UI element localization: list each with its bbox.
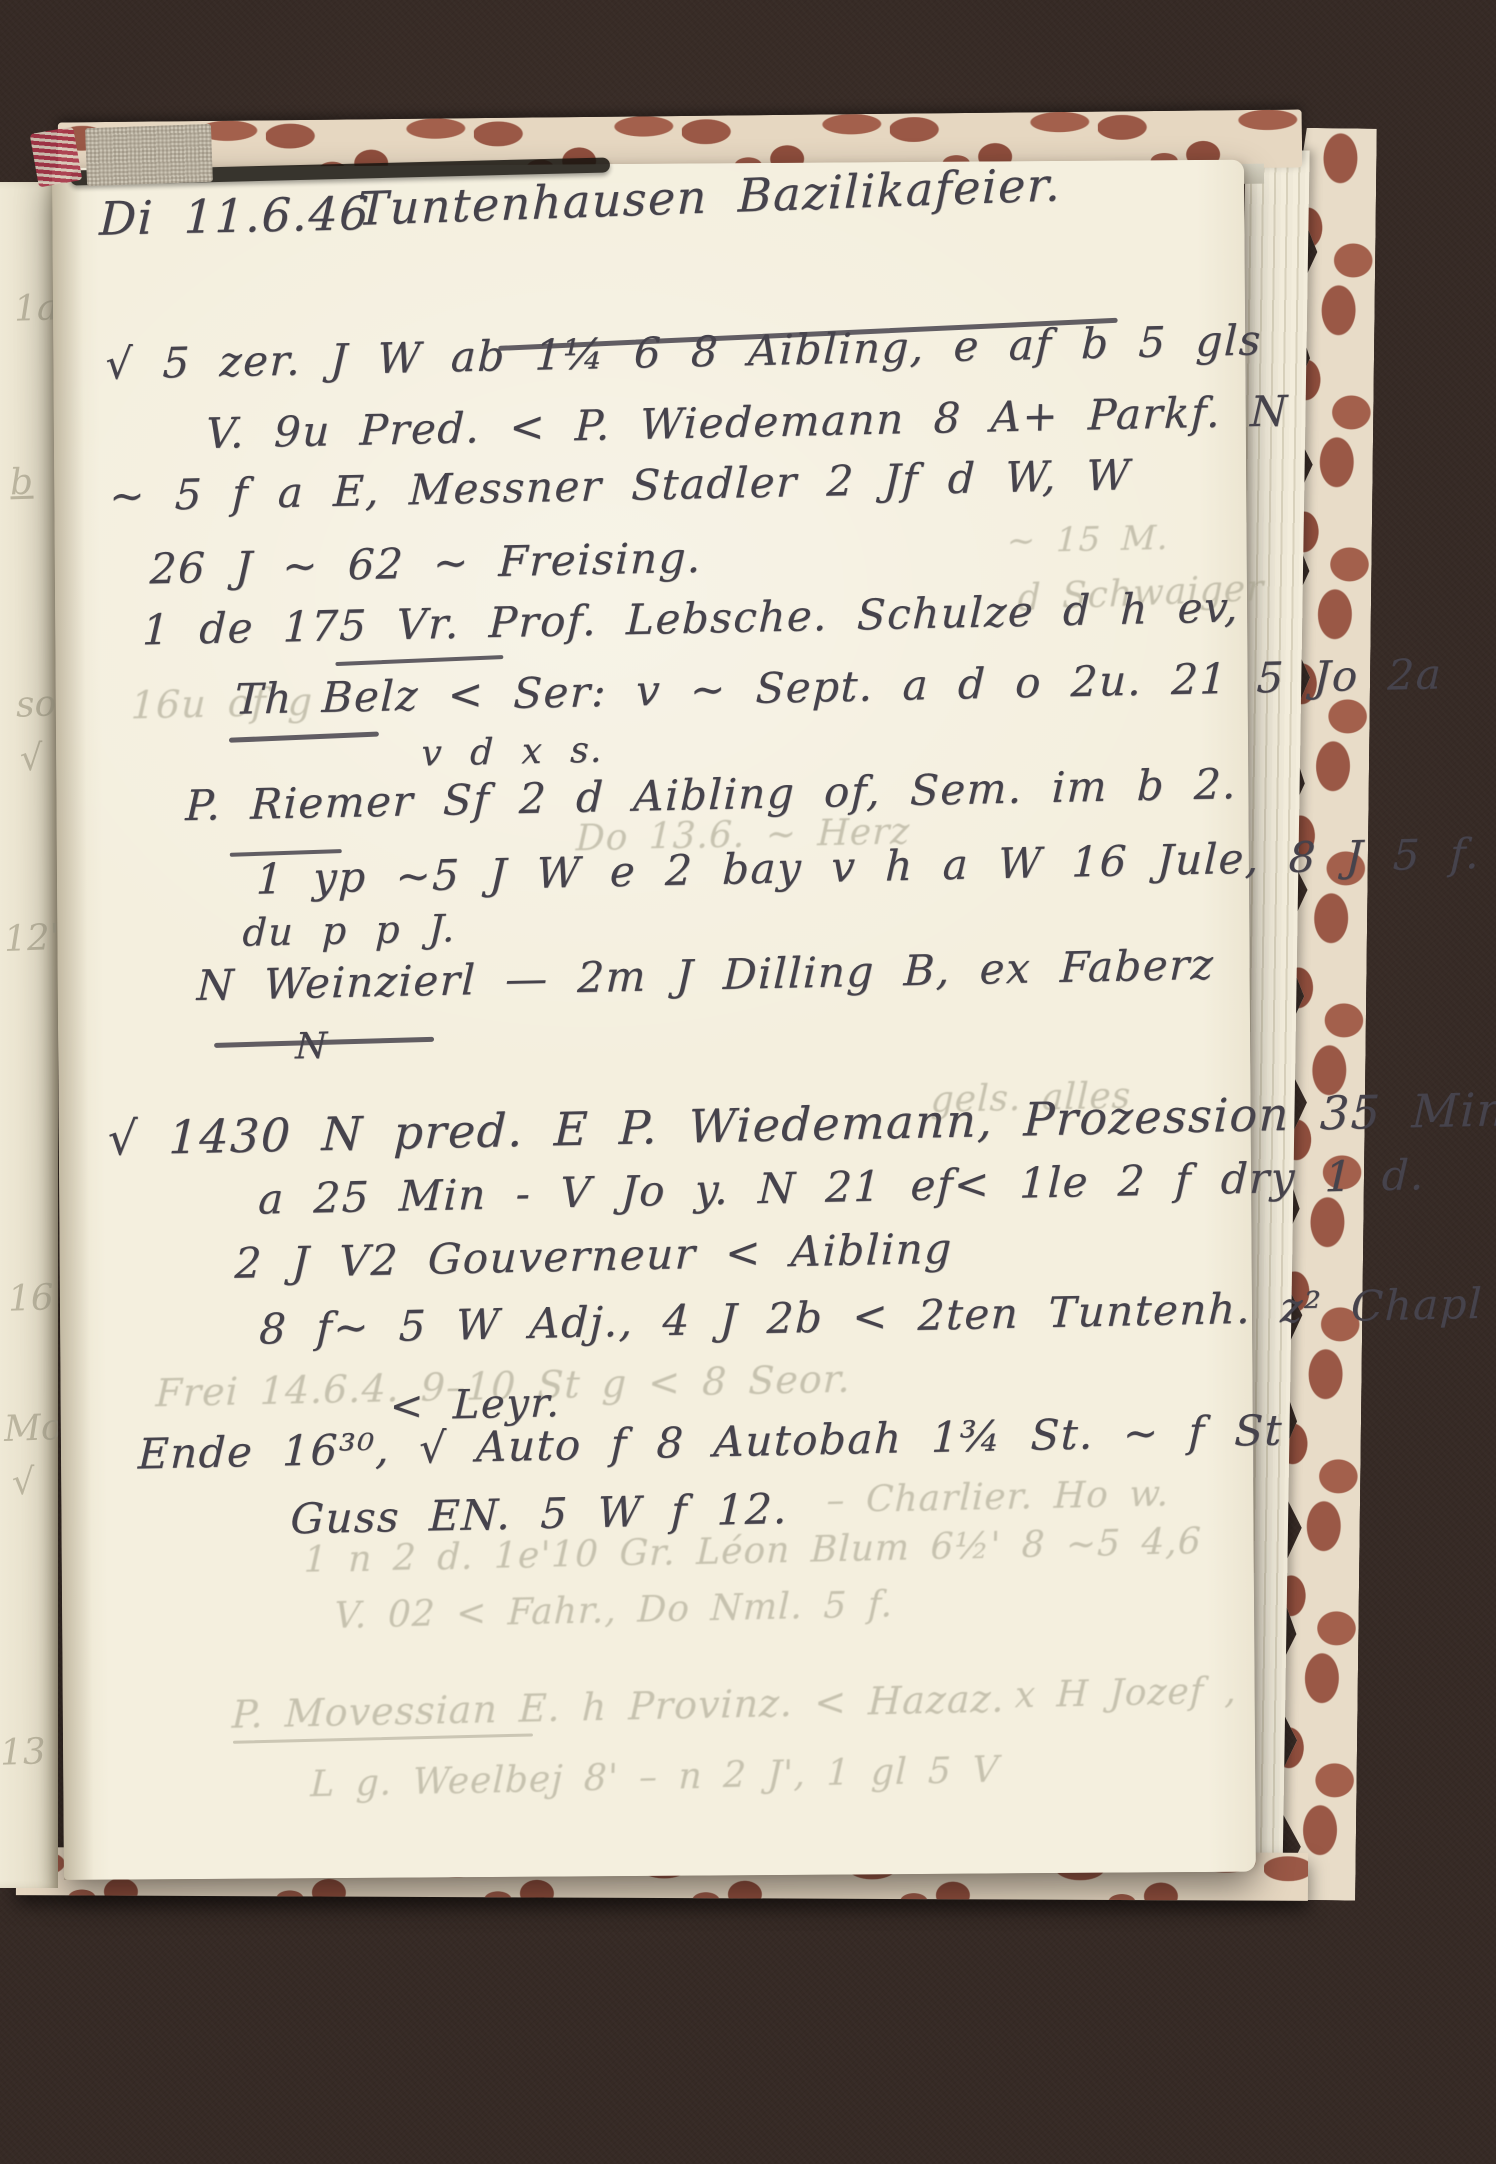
ghost-bleedthrough-line: V. 02 < Fahr., Do Nml. 5 f. — [334, 1584, 894, 1637]
handwritten-line: V. 9u Pred. < P. Wiedemann 8 A+ Parkf. N — [205, 386, 1289, 458]
entry-date: Di 11.6.46 — [98, 186, 370, 246]
handwritten-line: du p p J. — [242, 906, 457, 955]
gutter-crease-shadow — [52, 168, 94, 1880]
margin-mark: 16 — [7, 1277, 54, 1320]
handwritten-line: 1 de 175 Vr. Prof. Lebsche. Schulze d h … — [142, 582, 1240, 654]
ghost-bleedthrough-line: – Charlier. Ho w. — [826, 1473, 1170, 1521]
ghost-bleedthrough-line: x H Jozef , — [1014, 1671, 1237, 1717]
handwritten-line: Ende 16³⁰, √ Auto f 8 Autobah 1¾ St. ~ f… — [137, 1405, 1283, 1478]
handwritten-line: Guss EN. 5 W f 12. — [290, 1484, 789, 1543]
handwritten-line: 2 J V2 Gouverneur < Aibling — [234, 1224, 953, 1288]
ghost-bleedthrough-line: L g. Weelbej 8' – n 2 J', 1 gl 5 V — [310, 1750, 1000, 1805]
hand-underline-belz — [229, 731, 379, 742]
handwritten-line: 26 J ~ 62 ~ Freising. — [149, 533, 703, 594]
binding-cloth — [85, 124, 213, 186]
photo-background: 1a b so √ 12' 16 Mo √ 13 ~ 15 M. d Schwa… — [0, 0, 1496, 2164]
margin-mark: 13 — [0, 1731, 47, 1774]
red-binding-threads — [30, 127, 83, 188]
margin-mark: √ — [11, 1462, 35, 1504]
margin-mark: Mo — [3, 1407, 58, 1450]
ghost-bleedthrough-line: ~ 15 M. — [1006, 518, 1169, 561]
margin-mark: b — [9, 462, 33, 504]
handwritten-line: √ 5 zer. J W ab 1¼ 6 8 Aibling, e af b 5… — [105, 315, 1263, 388]
diary-book: 1a b so √ 12' 16 Mo √ 13 ~ 15 M. d Schwa… — [0, 0, 1496, 2164]
diary-page: ~ 15 M. d Schwaiger 16u of g Do 13.6. ~ … — [52, 160, 1256, 1880]
handwritten-line: v d x s. — [421, 730, 604, 775]
handwritten-line: ~ 5 f a E, Messner Stadler 2 Jf d W, W — [109, 450, 1132, 520]
hand-underline-lebsche — [335, 655, 503, 666]
handwritten-line: N — [295, 1026, 329, 1068]
margin-mark: √ — [19, 738, 43, 780]
facing-page-sliver: 1a b so √ 12' 16 Mo √ 13 — [0, 182, 58, 1888]
ghost-bleedthrough-line: P. Movessian E. h Provinz. < Hazaz. — [231, 1677, 1005, 1737]
margin-mark: so — [15, 683, 57, 725]
margin-mark: 12' — [3, 917, 58, 960]
handwritten-line: a 25 Min - V Jo y. N 21 ef< 1le 2 f dry … — [257, 1150, 1425, 1223]
margin-mark: 1a — [13, 287, 58, 330]
